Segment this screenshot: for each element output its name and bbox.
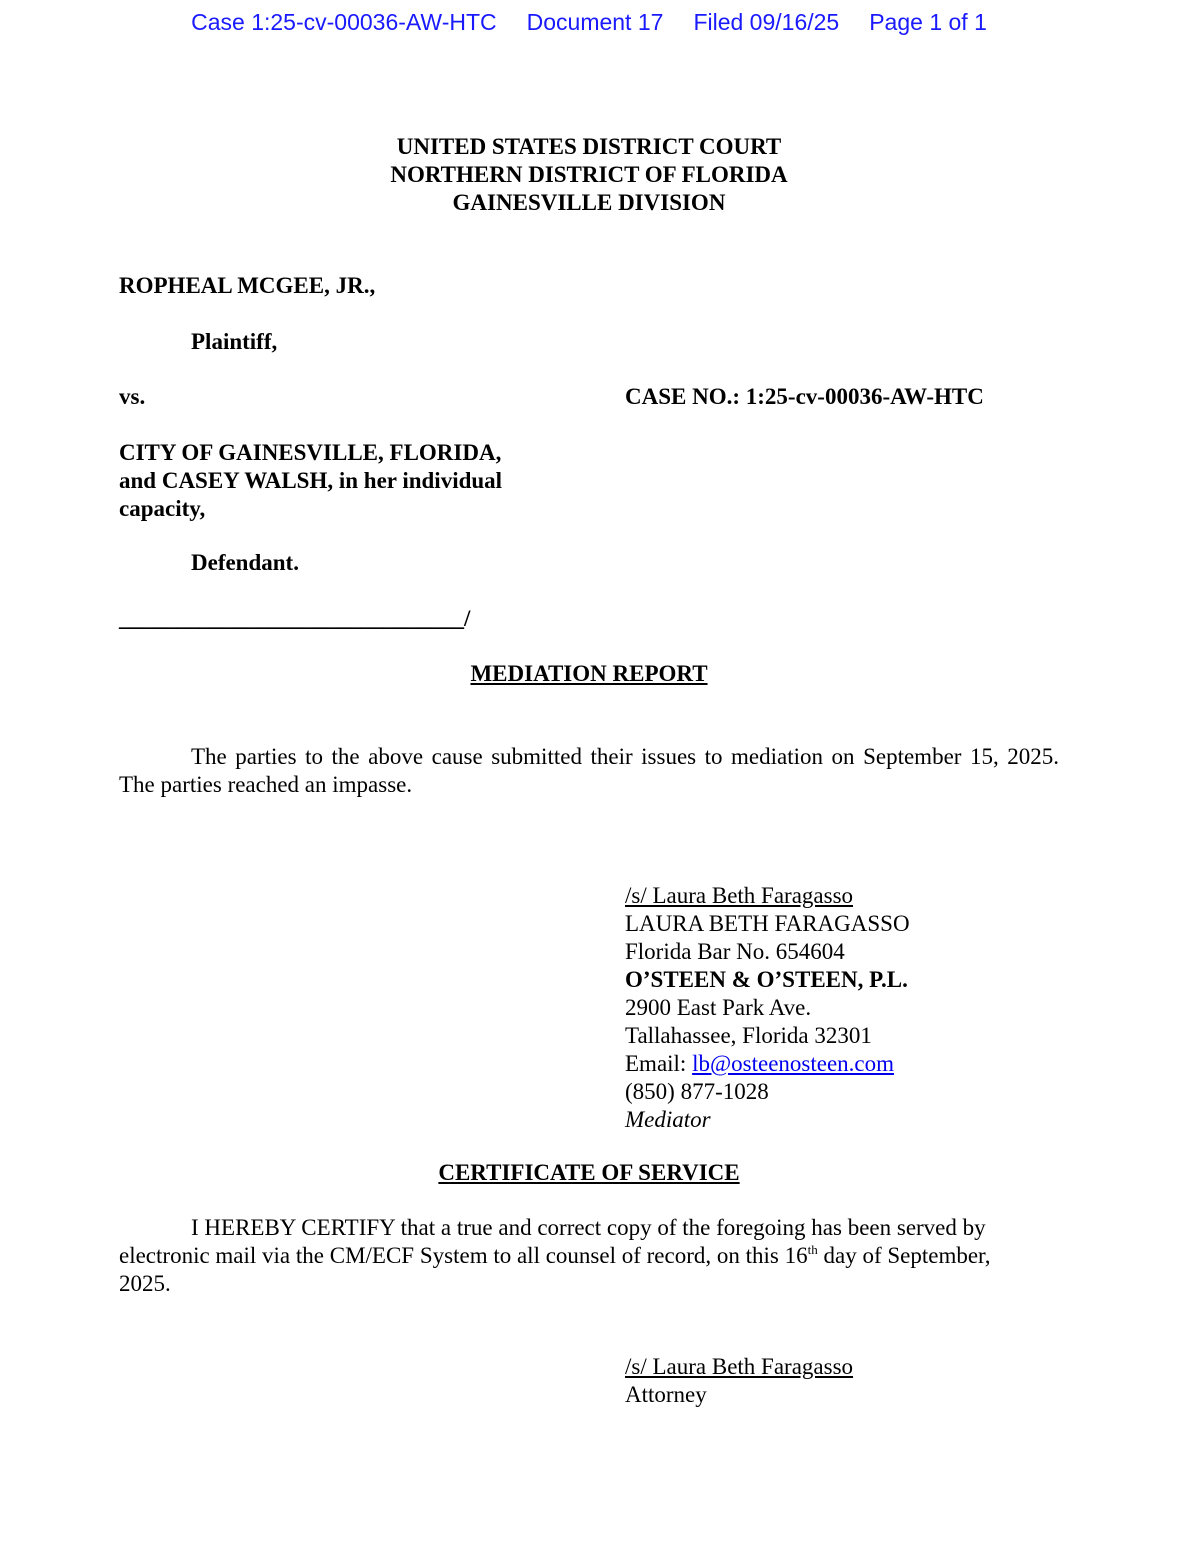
attorney-e-signature: /s/ Laura Beth Faragasso	[625, 1353, 853, 1381]
mediator-address-street: 2900 East Park Ave.	[625, 994, 910, 1022]
attorney-signature-block: /s/ Laura Beth Faragasso Attorney	[625, 1353, 853, 1409]
defendant-line: capacity,	[119, 495, 502, 523]
ecf-header-stamp: Case 1:25-cv-00036-AW-HTCDocument 17File…	[0, 9, 1178, 36]
certificate-body: I HEREBY CERTIFY that a true and correct…	[119, 1214, 1034, 1298]
defendant-line: and CASEY WALSH, in her individual	[119, 467, 502, 495]
stamp-filed-date: Filed 09/16/25	[693, 9, 839, 35]
court-heading: UNITED STATES DISTRICT COURT NORTHERN DI…	[0, 133, 1178, 217]
caption-rule: ______________________________/	[119, 605, 470, 633]
attorney-role: Attorney	[625, 1381, 853, 1409]
stamp-case-number: Case 1:25-cv-00036-AW-HTC	[191, 9, 497, 35]
plaintiff-role: Plaintiff,	[191, 328, 277, 356]
plaintiff-name: ROPHEAL MCGEE, JR.,	[119, 272, 375, 300]
mediator-firm: O’STEEN & O’STEEN, P.L.	[625, 966, 910, 994]
mediator-email-row: Email: lb@osteenosteen.com	[625, 1050, 910, 1078]
court-name: UNITED STATES DISTRICT COURT	[0, 133, 1178, 161]
email-label: Email:	[625, 1051, 692, 1076]
report-body: The parties to the above cause submitted…	[119, 743, 1059, 799]
defendant-line: CITY OF GAINESVILLE, FLORIDA,	[119, 439, 502, 467]
certificate-title: CERTIFICATE OF SERVICE	[0, 1159, 1178, 1187]
mediator-signature-block: /s/ Laura Beth Faragasso LAURA BETH FARA…	[625, 882, 910, 1134]
mediator-email-link[interactable]: lb@osteenosteen.com	[692, 1051, 894, 1076]
report-title: MEDIATION REPORT	[0, 660, 1178, 688]
mediator-role: Mediator	[625, 1106, 910, 1134]
defendant-role: Defendant.	[191, 549, 299, 577]
mediator-phone: (850) 877-1028	[625, 1078, 910, 1106]
stamp-document-number: Document 17	[527, 9, 664, 35]
mediator-e-signature: /s/ Laura Beth Faragasso	[625, 882, 910, 910]
court-district: NORTHERN DISTRICT OF FLORIDA	[0, 161, 1178, 189]
court-division: GAINESVILLE DIVISION	[0, 189, 1178, 217]
stamp-page-count: Page 1 of 1	[869, 9, 987, 35]
versus-label: vs.	[119, 383, 145, 411]
mediator-name: LAURA BETH FARAGASSO	[625, 910, 910, 938]
case-number: CASE NO.: 1:25-cv-00036-AW-HTC	[625, 383, 984, 411]
defendant-names: CITY OF GAINESVILLE, FLORIDA, and CASEY …	[119, 439, 502, 523]
mediator-address-city: Tallahassee, Florida 32301	[625, 1022, 910, 1050]
mediator-bar-number: Florida Bar No. 654604	[625, 938, 910, 966]
ordinal-suffix: th	[808, 1242, 818, 1257]
